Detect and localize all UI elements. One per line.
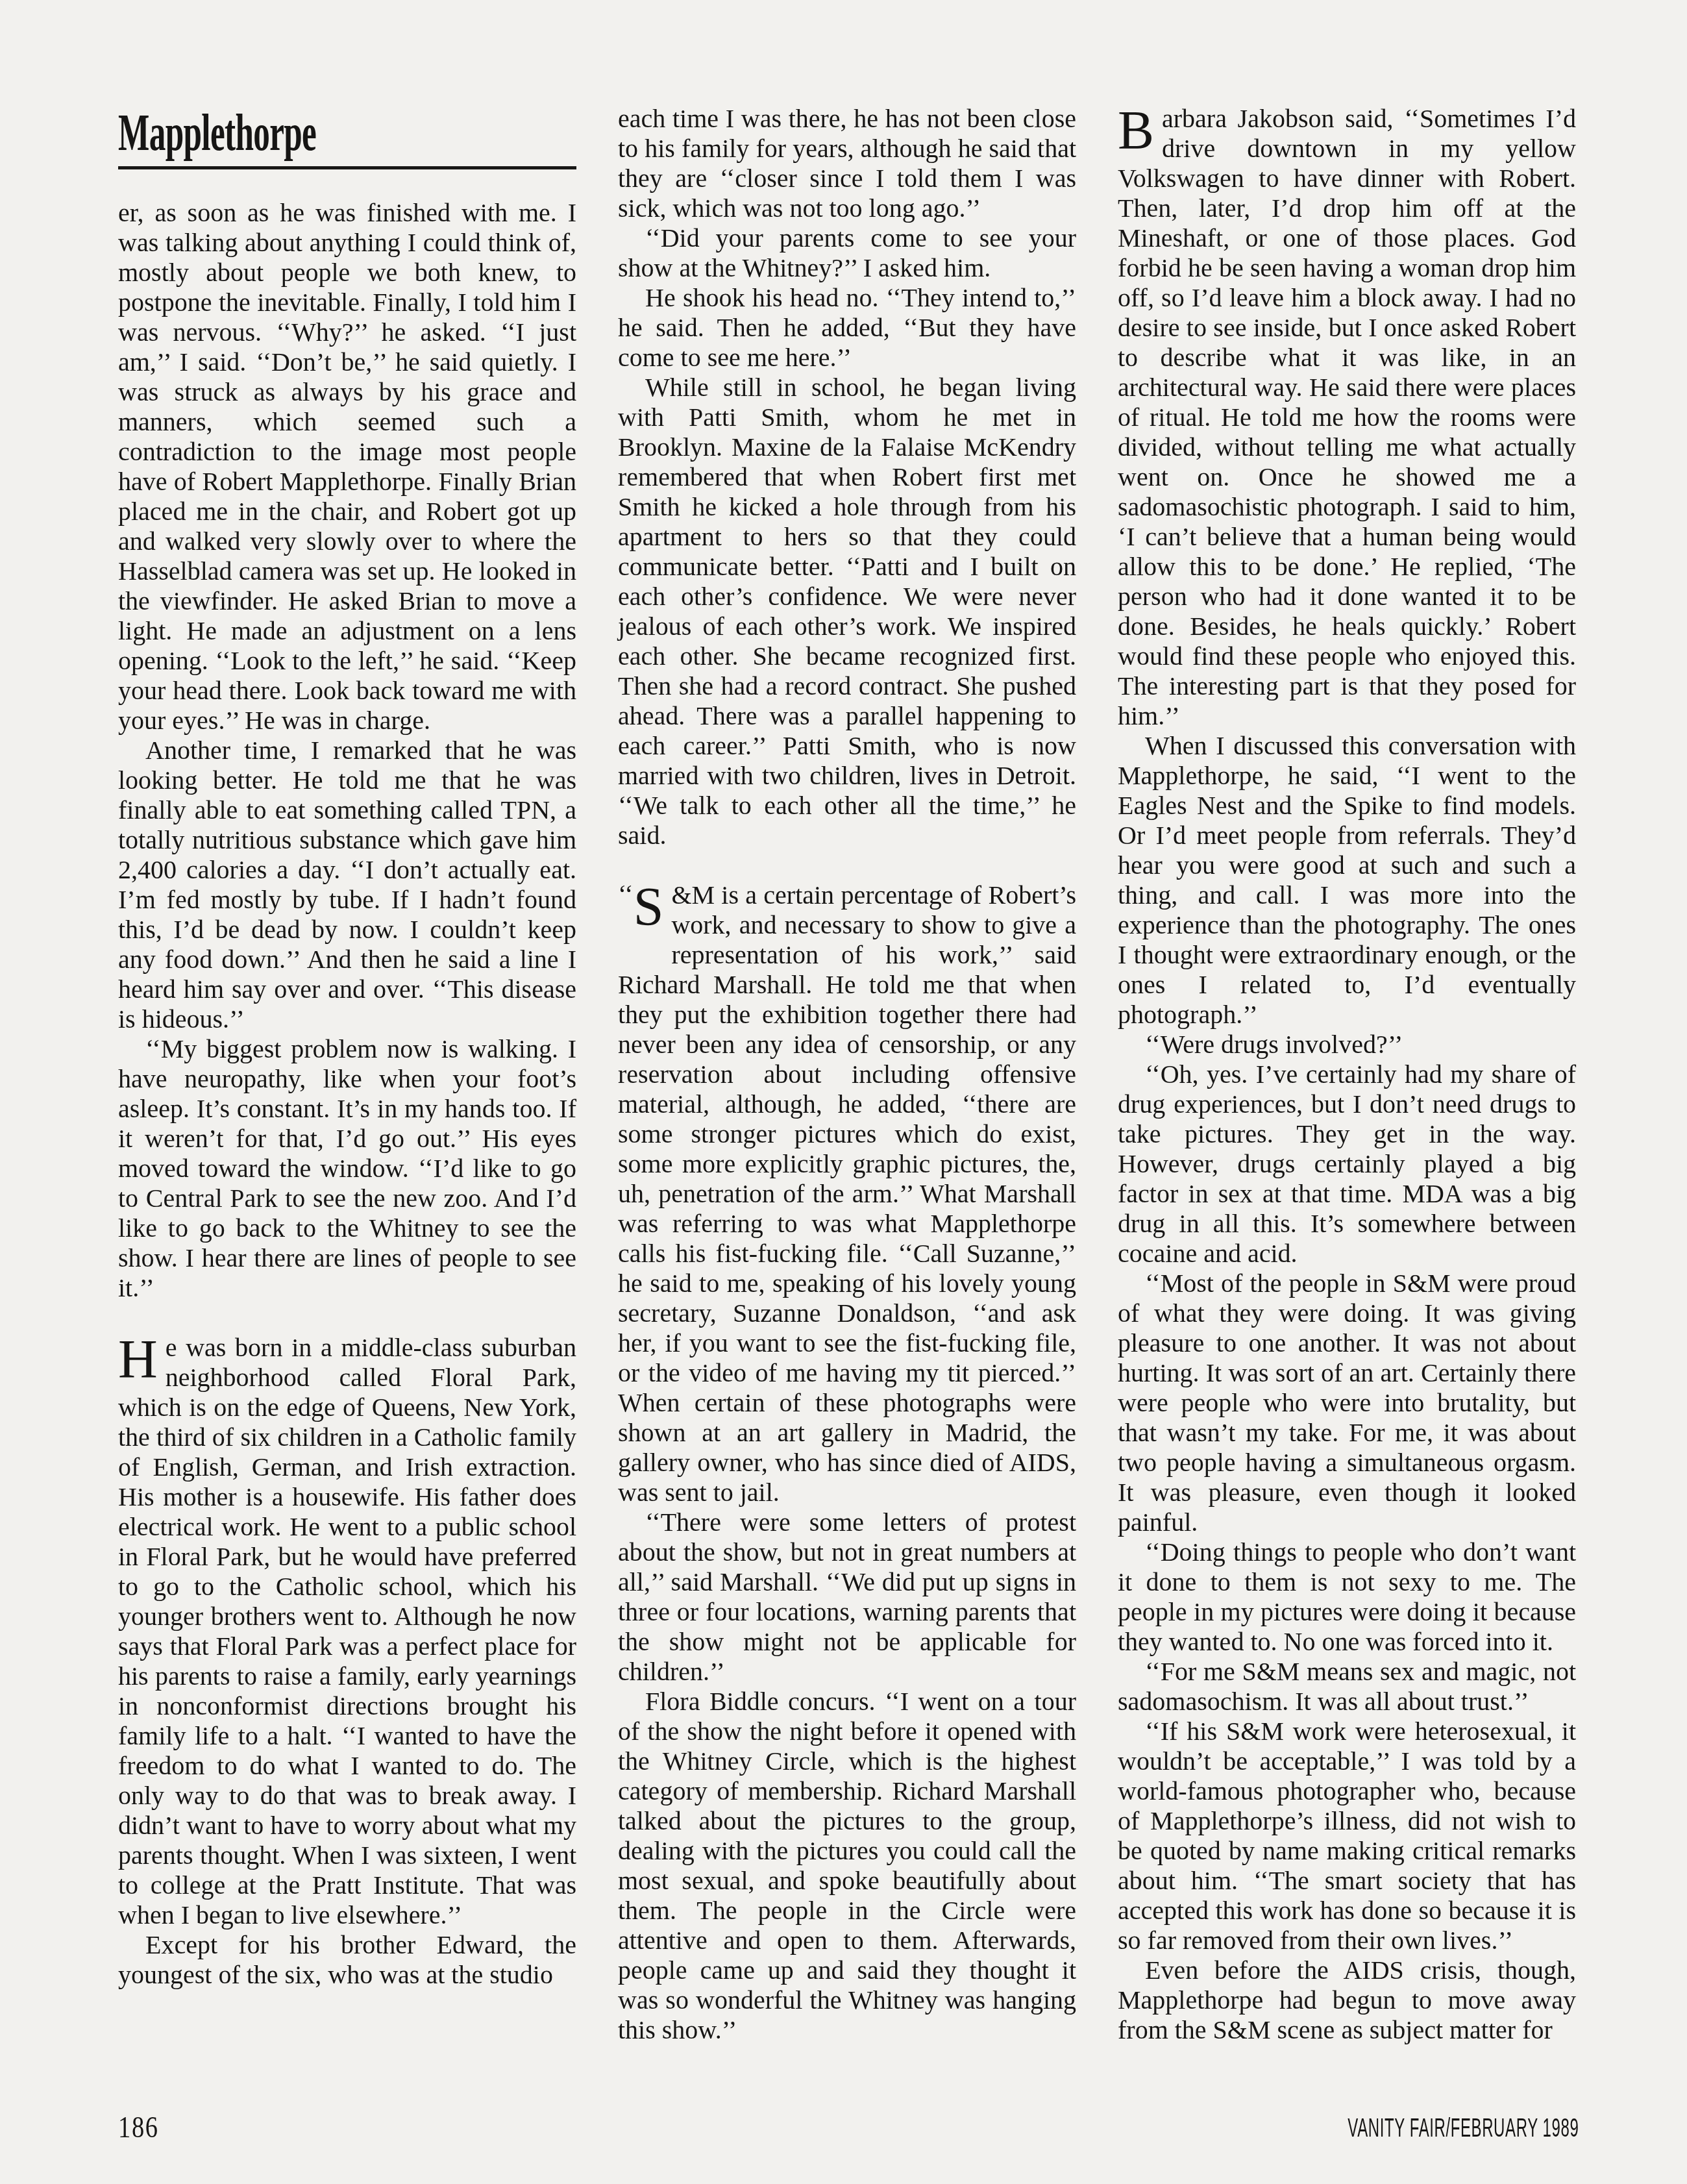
- column-1-body: er, as soon as he was finished with me. …: [118, 198, 576, 1990]
- paragraph: ‘‘If his S&M work were heterosexual, it …: [1118, 1717, 1576, 1955]
- page-number-text: 186: [118, 2110, 159, 2145]
- paragraph-text: e was born in a middle-class suburban ne…: [118, 1333, 576, 1930]
- column-2: each time I was there, he has not been c…: [618, 104, 1076, 2045]
- magazine-footer: VANITY FAIR/FEBRUARY 1989: [1194, 2114, 1579, 2143]
- paragraph: He shook his head no. ‘‘They intend to,’…: [618, 283, 1076, 373]
- paragraph-text: arbara Jakobson said, ‘‘Sometimes I’d dr…: [1118, 104, 1576, 730]
- paragraph-dropcap: ‘‘S&M is a certain percentage of Robert’…: [618, 880, 1076, 1508]
- paragraph: Except for his brother Edward, the young…: [118, 1930, 576, 1990]
- page: Mapplethorpe er, as soon as he was finis…: [0, 0, 1687, 2184]
- paragraph: ‘‘For me S&M means sex and magic, not sa…: [1118, 1657, 1576, 1717]
- paragraph: er, as soon as he was finished with me. …: [118, 198, 576, 736]
- paragraph-text: er, as soon as he was finished with me. …: [118, 198, 576, 735]
- paragraph-text: ‘‘Were drugs involved?’’: [1145, 1030, 1403, 1059]
- paragraph-text: While still in school, he began living w…: [618, 373, 1076, 850]
- paragraph: ‘‘Were drugs involved?’’: [1118, 1030, 1576, 1060]
- paragraph: Another time, I remarked that he was loo…: [118, 736, 576, 1034]
- paragraph-dropcap: Barbara Jakobson said, ‘‘Sometimes I’d d…: [1118, 104, 1576, 731]
- paragraph-text: ‘‘My biggest problem now is walking. I h…: [118, 1034, 576, 1302]
- article-header: Mapplethorpe: [118, 104, 576, 169]
- paragraph: Flora Biddle concurs. ‘‘I went on a tour…: [618, 1687, 1076, 2045]
- paragraph-text: &M is a certain percentage of Robert’s w…: [618, 880, 1076, 1507]
- paragraph: ‘‘There were some letters of protest abo…: [618, 1508, 1076, 1687]
- paragraph-text: When I discussed this conversation with …: [1118, 731, 1576, 1029]
- paragraph-text: He shook his head no. ‘‘They intend to,’…: [618, 283, 1076, 372]
- paragraph: ‘‘Oh, yes. I’ve certainly had my share o…: [1118, 1060, 1576, 1269]
- dropcap-letter: B: [1118, 104, 1162, 160]
- paragraph-text: ‘‘There were some letters of protest abo…: [618, 1508, 1076, 1686]
- column-3: Barbara Jakobson said, ‘‘Sometimes I’d d…: [1118, 104, 1576, 2045]
- paragraph-text: ‘‘Oh, yes. I’ve certainly had my share o…: [1118, 1060, 1576, 1268]
- paragraph-text: ‘‘If his S&M work were heterosexual, it …: [1118, 1717, 1576, 1955]
- paragraph-text: Except for his brother Edward, the young…: [118, 1930, 576, 1989]
- paragraph: ‘‘Did your parents come to see your show…: [618, 223, 1076, 283]
- paragraph-text: ‘‘Did your parents come to see your show…: [618, 223, 1076, 282]
- paragraph-dropcap: He was born in a middle-class suburban n…: [118, 1333, 576, 1930]
- paragraph-text: ‘‘For me S&M means sex and magic, not sa…: [1118, 1657, 1576, 1716]
- magazine-footer-text: VANITY FAIR/FEBRUARY 1989: [1348, 2114, 1579, 2143]
- paragraph-text: Even before the AIDS crisis, though, Map…: [1118, 1955, 1576, 2044]
- dropcap-group: ‘‘S: [618, 880, 671, 944]
- paragraph-text: ‘‘Doing things to people who don’t want …: [1118, 1537, 1576, 1656]
- paragraph: ‘‘My biggest problem now is walking. I h…: [118, 1034, 576, 1303]
- paragraph-text: Flora Biddle concurs. ‘‘I went on a tour…: [618, 1687, 1076, 2044]
- paragraph-text: each time I was there, he has not been c…: [618, 104, 1076, 223]
- dropcap-letter: H: [118, 1333, 166, 1389]
- title-rule: [118, 166, 576, 169]
- paragraph: When I discussed this conversation with …: [1118, 731, 1576, 1030]
- paragraph: While still in school, he began living w…: [618, 373, 1076, 850]
- paragraph-text: ‘‘Most of the people in S&M were proud o…: [1118, 1269, 1576, 1537]
- paragraph-text: Another time, I remarked that he was loo…: [118, 736, 576, 1034]
- paragraph: ‘‘Most of the people in S&M were proud o…: [1118, 1269, 1576, 1537]
- column-1: Mapplethorpe er, as soon as he was finis…: [118, 104, 576, 1990]
- paragraph: Even before the AIDS crisis, though, Map…: [1118, 1955, 1576, 2045]
- paragraph: each time I was there, he has not been c…: [618, 104, 1076, 223]
- dropcap-lead-quotes: ‘‘: [618, 880, 634, 908]
- article-title: Mapplethorpe: [118, 106, 316, 160]
- page-number: 186: [118, 2110, 168, 2145]
- paragraph: ‘‘Doing things to people who don’t want …: [1118, 1537, 1576, 1657]
- dropcap-letter: S: [634, 877, 664, 937]
